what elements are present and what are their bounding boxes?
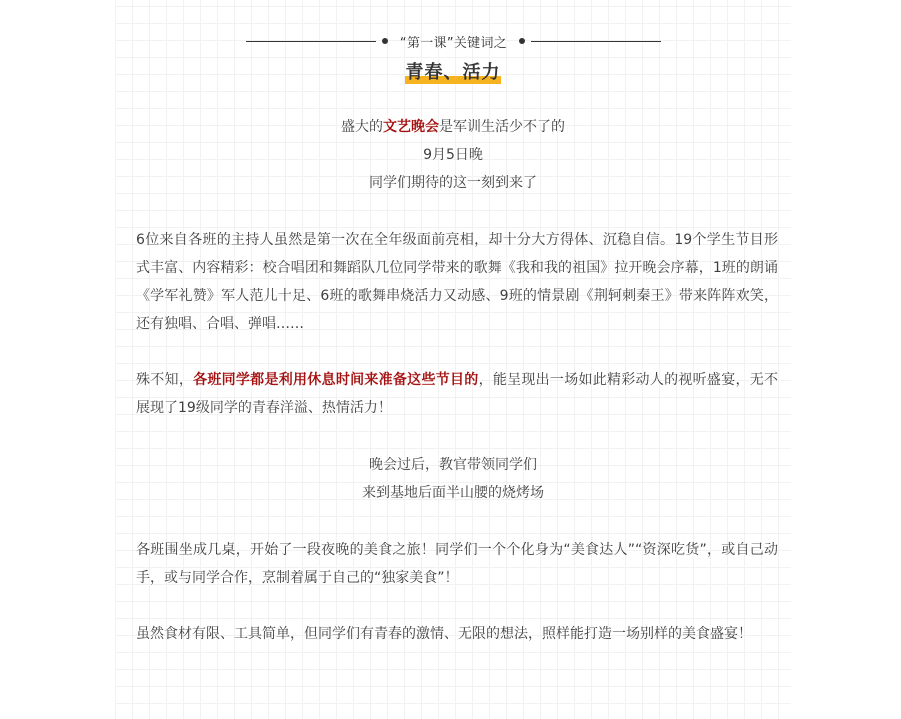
keyword-title: 青春、活力: [402, 58, 505, 84]
intro-text: 盛大的: [341, 119, 383, 135]
keyword-title-wrap: 青春、活力: [115, 58, 791, 84]
highlight-text: 各班同学都是利用休息时间来准备这些节目的: [193, 372, 478, 388]
intro-line-1: 盛大的文艺晚会是军训生活少不了的: [115, 113, 791, 141]
paragraph-closing: 虽然食材有限、工具简单，但同学们有青春的激情、无限的想法，照样能打造一场别样的美…: [136, 620, 778, 648]
section-header: “第一课”关键词之: [242, 32, 665, 50]
highlight-text: 文艺晚会: [383, 119, 439, 135]
intro-line-3: 同学们期待的这一刻到来了: [115, 169, 791, 197]
paragraph-text: 殊不知，: [136, 372, 193, 388]
paragraph-program: 6位来自各班的主持人虽然是第一次在全年级面前亮相，却十分大方得体、沉稳自信。19…: [136, 226, 778, 338]
intro-text: 是军训生活少不了的: [439, 119, 565, 135]
bbq-line-1: 晚会过后，教官带领同学们: [115, 451, 791, 479]
bullet-dot-icon: [519, 38, 525, 44]
intro-line-2: 9月5日晚: [115, 141, 791, 169]
article-page: “第一课”关键词之 青春、活力 盛大的文艺晚会是军训生活少不了的 9月5日晚 同…: [115, 0, 791, 719]
bbq-line-2: 来到基地后面半山腰的烧烤场: [115, 479, 791, 507]
paragraph-feast: 各班围坐成几桌，开始了一段夜晚的美食之旅！同学们一个个化身为“美食达人”“资深吃…: [136, 536, 778, 592]
divider-line-right: [531, 41, 661, 42]
bullet-dot-icon: [382, 38, 388, 44]
paragraph-effort: 殊不知，各班同学都是利用休息时间来准备这些节目的，能呈现出一场如此精彩动人的视听…: [136, 366, 778, 422]
section-subtitle: “第一课”关键词之: [394, 32, 513, 51]
divider-line-left: [246, 41, 376, 42]
